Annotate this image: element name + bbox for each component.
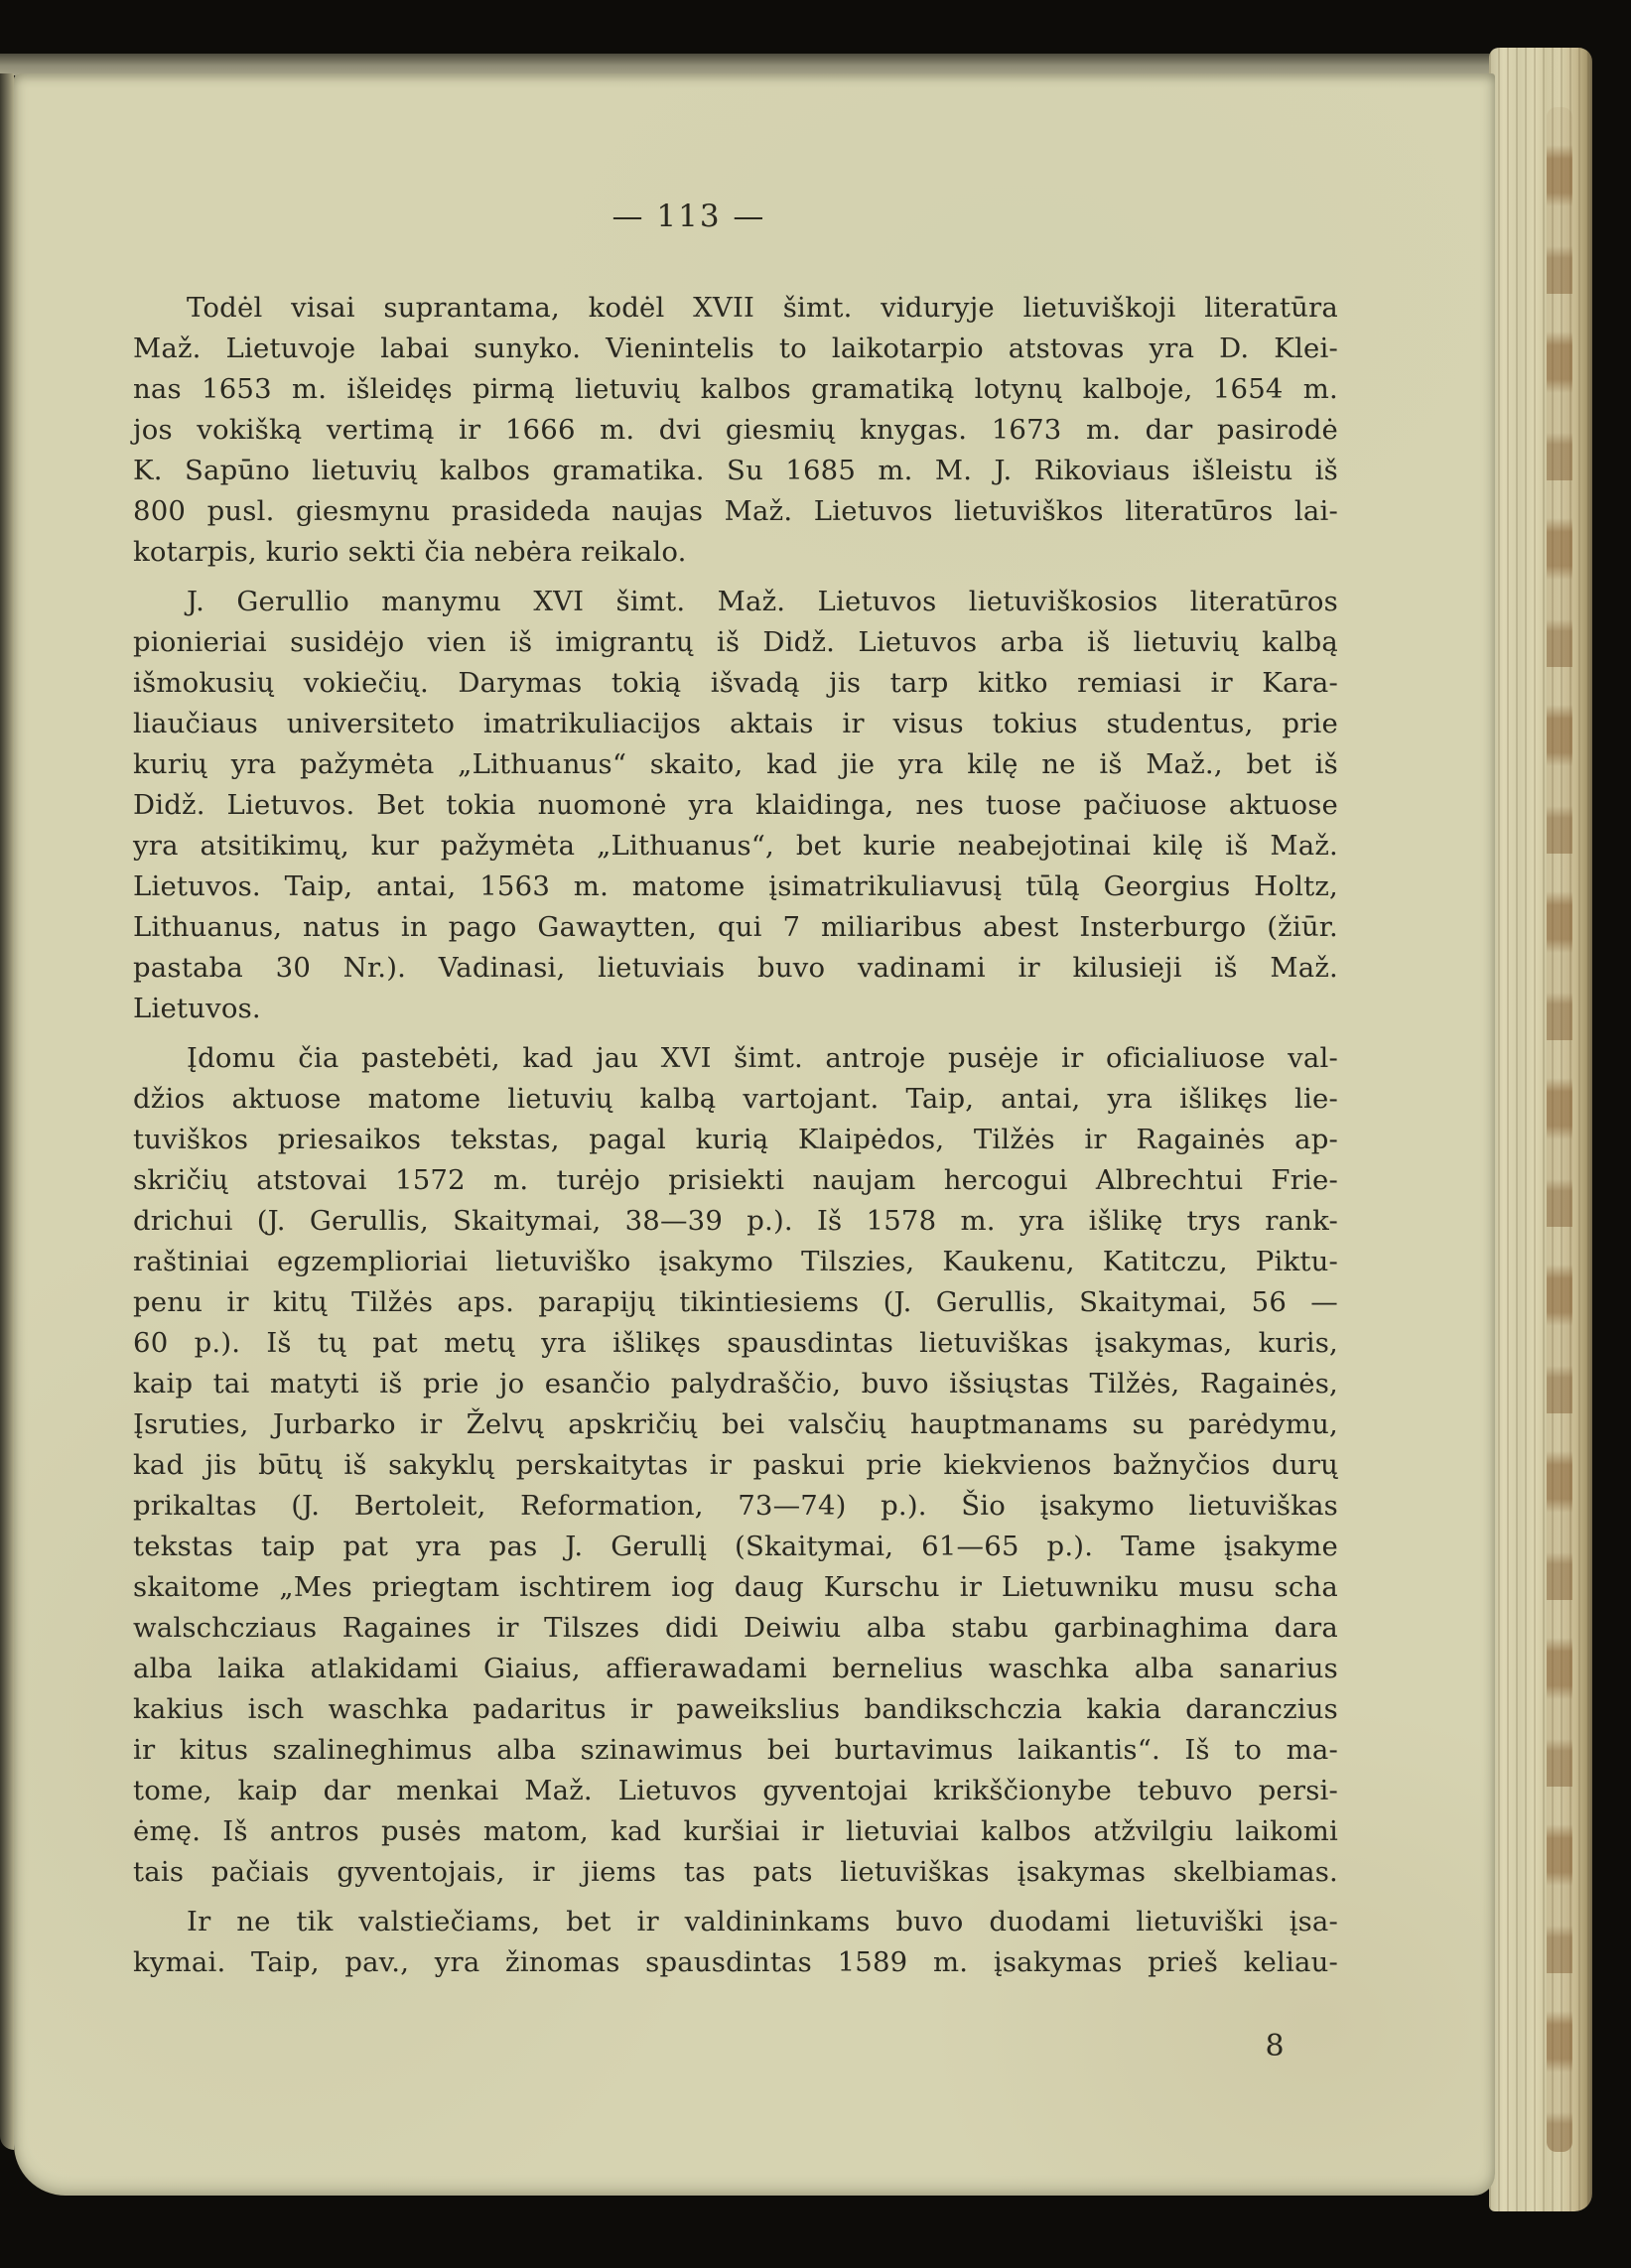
- text-line: kurių yra pažymėta „Lithuanus“ skaito, k…: [133, 744, 1338, 785]
- text-line: tekstas taip pat yra pas J. Gerullį (Ska…: [133, 1527, 1338, 1567]
- page-left-edge: [0, 73, 14, 2150]
- text-line: pastaba 30 Nr.). Vadinasi, lietuviais bu…: [133, 948, 1338, 989]
- text-line: kotarpis, kurio sekti čia nebėra reikalo…: [133, 532, 1338, 573]
- page-stack-edge: [1489, 48, 1592, 2211]
- text-line: 60 p.). Iš tų pat metų yra išlikęs spaus…: [133, 1323, 1338, 1364]
- text-line: jos vokišką vertimą ir 1666 m. dvi giesm…: [133, 410, 1338, 451]
- text-line: tais pačiais gyventojais, ir jiems tas p…: [133, 1852, 1338, 1893]
- paragraph-4: Ir ne tik valstiečiams, bet ir valdinink…: [133, 1902, 1338, 1983]
- text-line: tome, kaip dar menkai Maž. Lietuvos gyve…: [133, 1771, 1338, 1811]
- text-line: kakius isch waschka padaritus ir paweiks…: [133, 1689, 1338, 1730]
- text-line: 800 pusl. giesmynu prasideda naujas Maž.…: [133, 491, 1338, 532]
- text-line: kad jis būtų iš sakyklų perskaitytas ir …: [133, 1445, 1338, 1486]
- text-line: Įsruties, Jurbarko ir Želvų apskričių be…: [133, 1404, 1338, 1445]
- text-line: pionieriai susidėjo vien iš imigrantų iš…: [133, 622, 1338, 663]
- text-line: alba laika atlakidami Giaius, affierawad…: [133, 1649, 1338, 1689]
- text-line: raštiniai egzemplioriai lietuviško įsaky…: [133, 1242, 1338, 1282]
- text-line: džios aktuose matome lietuvių kalbą vart…: [133, 1079, 1338, 1120]
- text-line: Ir ne tik valstiečiams, bet ir valdinink…: [133, 1902, 1338, 1942]
- text-line: K. Sapūno lietuvių kalbos gramatika. Su …: [133, 451, 1338, 491]
- text-line: prikaltas (J. Bertoleit, Reformation, 73…: [133, 1486, 1338, 1527]
- text-line: skričių atstovai 1572 m. turėjo prisiekt…: [133, 1160, 1338, 1201]
- text-line: išmokusių vokiečių. Darymas tokią išvadą…: [133, 663, 1338, 704]
- text-line: kymai. Taip, pav., yra žinomas spausdint…: [133, 1942, 1338, 1983]
- footer-page-number: 8: [1215, 2029, 1334, 2064]
- paragraph-2: J. Gerullio manymu XVI šimt. Maž. Lietuv…: [133, 582, 1338, 1029]
- scanned-book-photo: — 113 — Todėl visai suprantama, kodėl XV…: [0, 0, 1631, 2268]
- text-line: liaučiaus universiteto imatrikuliacijos …: [133, 704, 1338, 744]
- text-line: Lietuvos.: [133, 989, 1338, 1029]
- paragraph-3: Įdomu čia pastebėti, kad jau XVI šimt. a…: [133, 1038, 1338, 1893]
- text-line: kaip tai matyti iš prie jo esančio palyd…: [133, 1364, 1338, 1404]
- page-edge-stain: [1547, 107, 1572, 2152]
- text-line: nas 1653 m. išleidęs pirmą lietuvių kalb…: [133, 369, 1338, 410]
- text-line: skaitome „Mes priegtam ischtirem iog dau…: [133, 1567, 1338, 1608]
- page-top-edge: [0, 54, 1505, 75]
- text-line: Lietuvos. Taip, antai, 1563 m. matome įs…: [133, 867, 1338, 907]
- text-line: ir kitus szalineghimus alba szinawimus b…: [133, 1730, 1338, 1771]
- text-line: walschcziaus Ragaines ir Tilszes didi De…: [133, 1608, 1338, 1649]
- text-line: Įdomu čia pastebėti, kad jau XVI šimt. a…: [133, 1038, 1338, 1079]
- paragraph-1: Todėl visai suprantama, kodėl XVII šimt.…: [133, 288, 1338, 573]
- text-line: Todėl visai suprantama, kodėl XVII šimt.…: [133, 288, 1338, 329]
- text-line: J. Gerullio manymu XVI šimt. Maž. Lietuv…: [133, 582, 1338, 622]
- text-line: Lithuanus, natus in pago Gawaytten, qui …: [133, 907, 1338, 948]
- header-page-number: — 113 —: [14, 199, 1364, 234]
- text-line: Didž. Lietuvos. Bet tokia nuomonė yra kl…: [133, 785, 1338, 826]
- text-line: ėmę. Iš antros pusės matom, kad kuršiai …: [133, 1811, 1338, 1852]
- text-line: Maž. Lietuvoje labai sunyko. Vienintelis…: [133, 329, 1338, 369]
- body-text: Todėl visai suprantama, kodėl XVII šimt.…: [133, 288, 1338, 1983]
- book-page: — 113 — Todėl visai suprantama, kodėl XV…: [14, 73, 1495, 2196]
- text-line: penu ir kitų Tilžės aps. parapijų tikint…: [133, 1282, 1338, 1323]
- text-line: yra atsitikimų, kur pažymėta „Lithuanus“…: [133, 826, 1338, 867]
- text-line: tuviškos priesaikos tekstas, pagal kurią…: [133, 1120, 1338, 1160]
- text-line: drichui (J. Gerullis, Skaitymai, 38—39 p…: [133, 1201, 1338, 1242]
